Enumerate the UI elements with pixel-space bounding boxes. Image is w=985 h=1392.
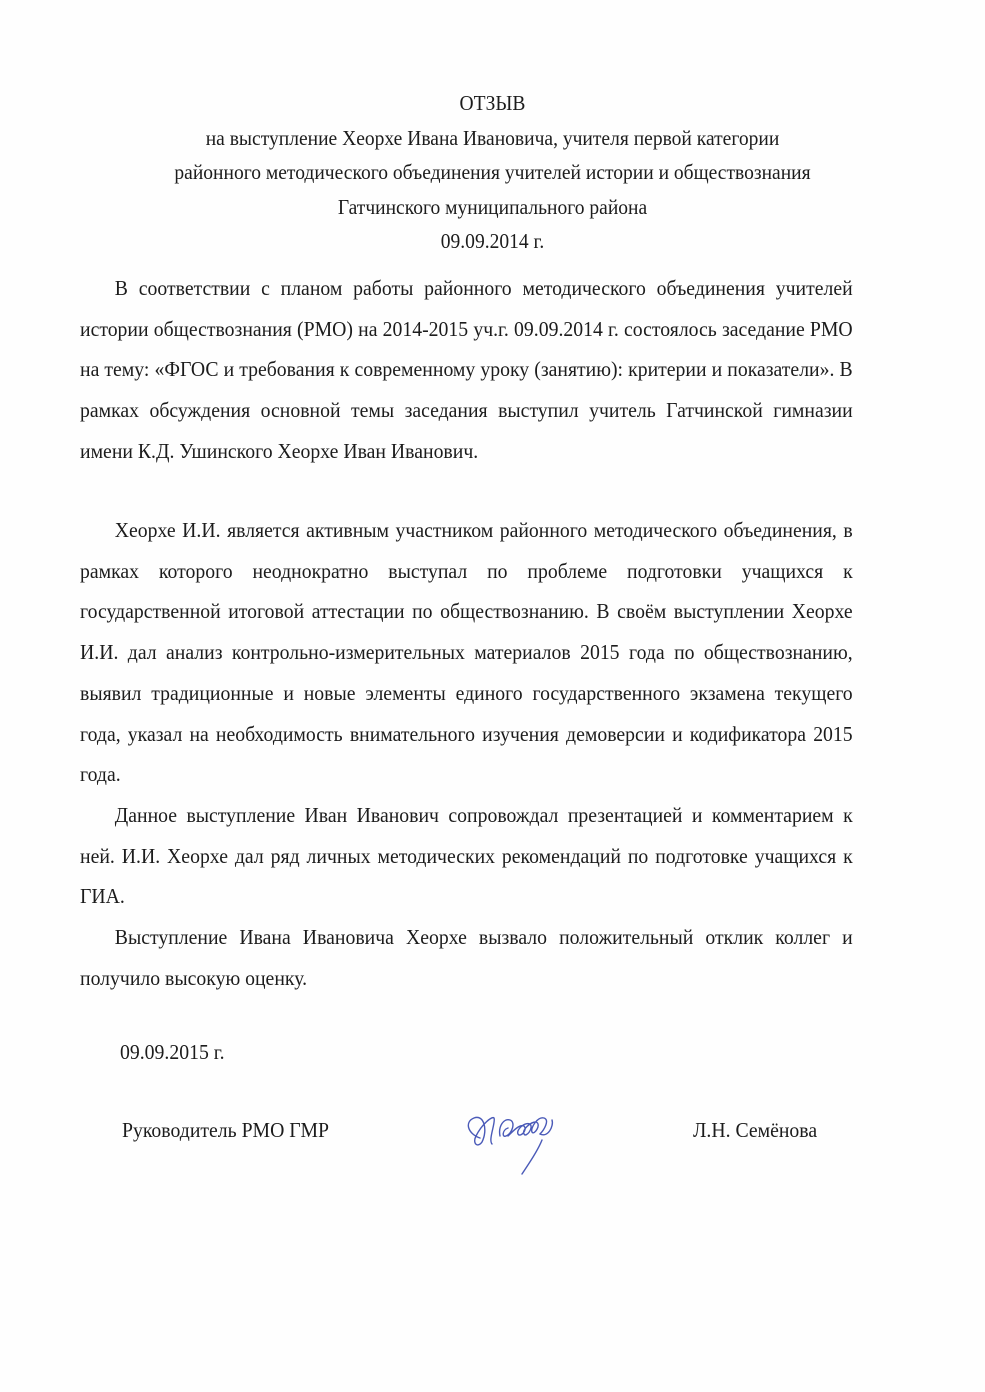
signature-icon (458, 1100, 608, 1180)
paragraph-2-block: Хеорхе И.И. является активным участником… (80, 510, 853, 795)
header-line-1: на выступление Хеорхе Ивана Ивановича, у… (34, 121, 950, 156)
paragraph-3-block: Данное выступление Иван Иванович сопрово… (80, 795, 853, 917)
document-page: ОТЗЫВ на выступление Хеорхе Ивана Иванов… (0, 0, 985, 1392)
document-title: ОТЗЫВ (34, 86, 950, 121)
paragraph-4-block: Выступление Ивана Ивановича Хеорхе вызва… (80, 917, 853, 998)
paragraph-1-block: В соответствии с планом работы районного… (80, 268, 853, 472)
signer-role: Руководитель РМО ГМР (122, 1118, 329, 1143)
signer-name: Л.Н. Семёнова (693, 1118, 817, 1143)
header-date: 09.09.2014 г. (34, 224, 950, 259)
paragraph: Выступление Ивана Ивановича Хеорхе вызва… (80, 917, 853, 998)
paragraph: В соответствии с планом работы районного… (80, 268, 853, 472)
header-line-3: Гатчинского муниципального района (34, 190, 950, 225)
paragraph: Данное выступление Иван Иванович сопрово… (80, 795, 853, 917)
paragraph: Хеорхе И.И. является активным участником… (80, 510, 853, 795)
document-header: ОТЗЫВ на выступление Хеорхе Ивана Иванов… (34, 86, 950, 259)
footer-date: 09.09.2015 г. (120, 1040, 225, 1065)
header-line-2: районного методического объединения учит… (34, 155, 950, 190)
